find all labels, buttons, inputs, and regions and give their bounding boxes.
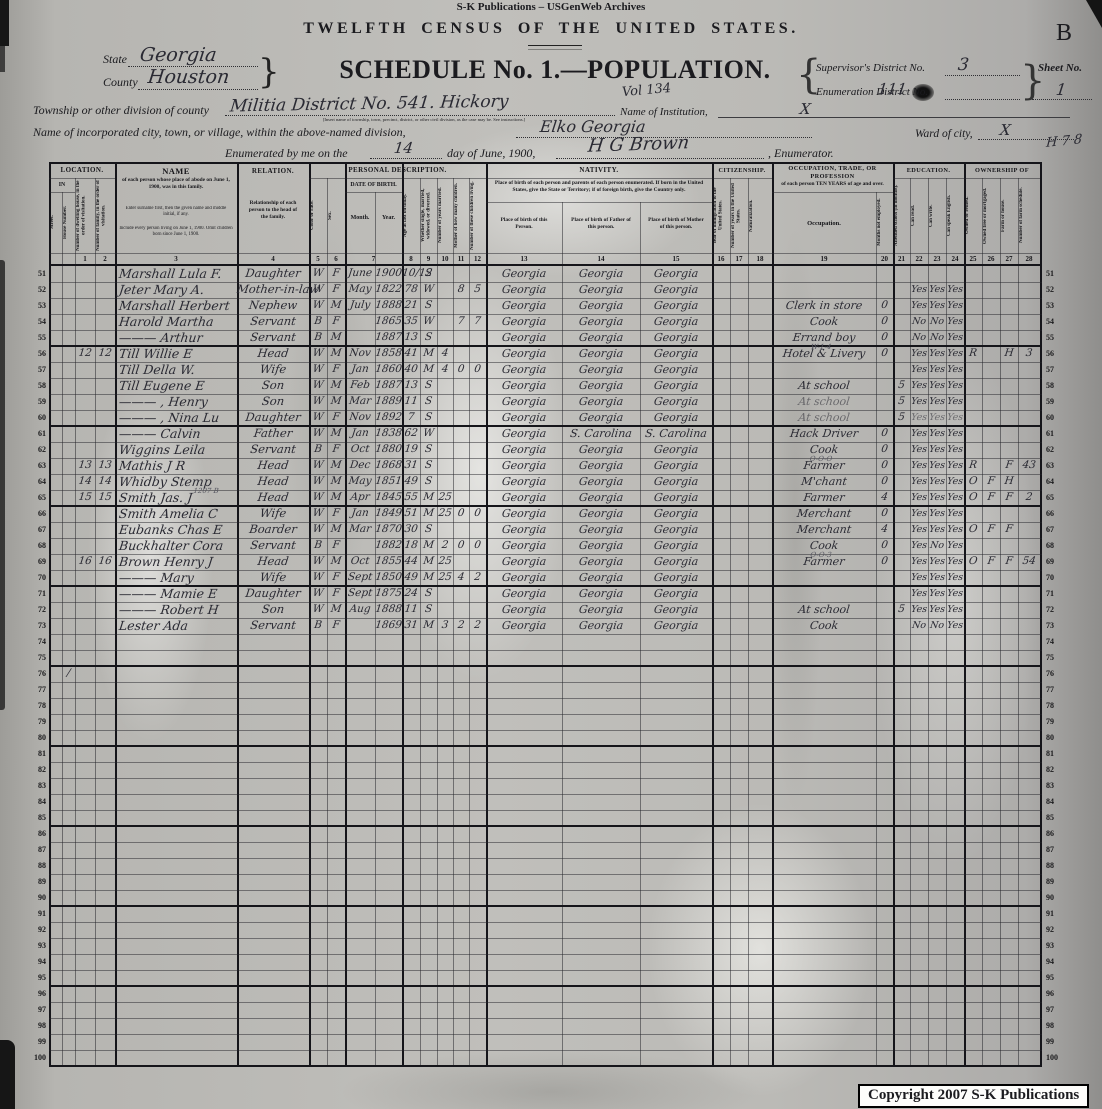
cell-month: May (344, 474, 376, 490)
row-number-left: 72 (31, 602, 46, 618)
column-number: 5 (309, 253, 327, 266)
cell-year: 1865 (374, 314, 403, 330)
cell-birth_father: Georgia (561, 410, 641, 426)
cell-can_read: Yes (909, 346, 929, 362)
header-location: LOCATION. (49, 163, 115, 178)
cell-age: 10/12 (401, 266, 421, 282)
enumerated-day-line (370, 158, 442, 159)
cell-can_speak: Yes (945, 538, 965, 554)
cell-month: Dec (344, 458, 376, 474)
cell-can_read: Yes (909, 362, 929, 378)
cell-color: W (308, 474, 328, 490)
row-number-left: 64 (31, 474, 46, 490)
cell-age: 7 (401, 410, 421, 426)
row-number-right: 65 (1046, 490, 1068, 506)
cell-farm_schedule: 43 (1017, 458, 1041, 474)
cell-marital: M (419, 506, 438, 522)
row-line (49, 682, 1042, 683)
cell-occupation: Merchant (771, 522, 877, 538)
row-number-left: 57 (31, 362, 46, 378)
row-number-right: 92 (1046, 922, 1068, 938)
cell-birth_self: Georgia (485, 282, 563, 298)
cell-age: 41 (401, 346, 421, 362)
cell-year: 1851 (374, 474, 403, 490)
cell-can_read: Yes (909, 298, 929, 314)
cell-birth_self: Georgia (485, 442, 563, 458)
township-value: Militia District No. 541. Hickory (229, 92, 509, 117)
cell-farm_house: H (999, 474, 1019, 490)
cell-occupation: Cook (771, 618, 877, 634)
cell-year: 1850 (374, 570, 403, 586)
cell-birth_self: Georgia (485, 314, 563, 330)
cell-can_read: Yes (909, 586, 929, 602)
row-number-left: 62 (31, 442, 46, 458)
column-number: 13 (486, 253, 562, 266)
cell-can_write: Yes (927, 346, 947, 362)
cell-can_speak: Yes (945, 554, 965, 570)
cell-birth_mother: Georgia (639, 458, 713, 474)
cell-farm_house: F (999, 554, 1019, 570)
row-number-right: 71 (1046, 586, 1068, 602)
cell-occupation: At school (771, 378, 877, 394)
cell-can_speak: Yes (945, 330, 965, 346)
cell-children_living: 0 (468, 506, 487, 522)
cell-can_read: Yes (909, 442, 929, 458)
cell-can_read: No (909, 618, 929, 634)
cell-birth_father: Georgia (561, 506, 641, 522)
header-can-read: Can read. (910, 178, 928, 253)
cell-birth_father: Georgia (561, 442, 641, 458)
cell-owned: O (963, 490, 983, 506)
cell-can_write: Yes (927, 506, 947, 522)
cell-sex: M (326, 554, 346, 570)
cell-can_read: Yes (909, 394, 929, 410)
cell-relation: Nephew (236, 298, 310, 314)
supervisor-value: 3 (957, 55, 970, 75)
header-occupation-title: OCCUPATION, TRADE, OR PROFESSION (772, 163, 893, 180)
row-number-left: 53 (31, 298, 46, 314)
cell-birth_father: Georgia (561, 378, 641, 394)
cell-color: B (308, 330, 328, 346)
row-number-left: 58 (31, 378, 46, 394)
cell-year: 1888 (374, 298, 403, 314)
state-value: Georgia (139, 44, 218, 66)
row-number-left: 79 (31, 714, 46, 730)
cell-month: Sept (344, 586, 376, 602)
cell-can_speak: Yes (945, 474, 965, 490)
cell-birth_self: Georgia (485, 490, 563, 506)
column-number: 26 (982, 253, 1000, 266)
cell-sex: F (326, 442, 346, 458)
column-number: 4 (237, 253, 309, 266)
cell-can_write: Yes (927, 458, 947, 474)
cell-birth_mother: Georgia (639, 346, 713, 362)
row-number-right: 82 (1046, 762, 1068, 778)
cell-marital: S (419, 394, 438, 410)
cell-relation: Head (236, 474, 310, 490)
cell-year: 1869 (374, 618, 403, 634)
cell-color: W (308, 426, 328, 442)
row-number-left: 86 (31, 826, 46, 842)
cell-birth_self: Georgia (485, 602, 563, 618)
scan-artifact (0, 1040, 15, 1109)
header-can-write: Can write. (928, 178, 946, 253)
cell-year: 1887 (374, 330, 403, 346)
row-number-right: 81 (1046, 746, 1068, 762)
cell-month: Jan (344, 426, 376, 442)
column-number: 16 (712, 253, 730, 266)
cell-birth_self: Georgia (485, 618, 563, 634)
cell-year: 1860 (374, 362, 403, 378)
row-number-left: 93 (31, 938, 46, 954)
cell-year: 1838 (374, 426, 403, 442)
cell-children_living: 7 (468, 314, 487, 330)
census-title: TWELFTH CENSUS OF THE UNITED STATES. (0, 20, 1102, 38)
row-number-left: 71 (31, 586, 46, 602)
row-number-right: 93 (1046, 938, 1068, 954)
cell-can_write: Yes (927, 282, 947, 298)
row-number-left: 61 (31, 426, 46, 442)
header-owned-or-rented: Owned or rented. (964, 178, 982, 253)
header-name-desc3: Include every person living on June 1, 1… (119, 226, 233, 242)
row-number-left: 98 (31, 1018, 46, 1034)
cell-age: 11 (401, 394, 421, 410)
row-number-left: 85 (31, 810, 46, 826)
header-personal-description: PERSONAL DESCRIPTION. (309, 163, 486, 178)
cell-birth_mother: Georgia (639, 570, 713, 586)
cell-can_read: Yes (909, 570, 929, 586)
cell-months_unemployed: 4 (875, 490, 894, 506)
cell-birth_father: Georgia (561, 282, 641, 298)
cell-birth_father: Georgia (561, 314, 641, 330)
cell-year: 1855 (374, 554, 403, 570)
cell-month: Feb (344, 378, 376, 394)
header-nativity-note: Place of birth of each person and parent… (490, 180, 708, 200)
header-can-speak-english: Can speak English. (946, 178, 964, 253)
cell-birth_self: Georgia (485, 378, 563, 394)
row-number-left: 97 (31, 1002, 46, 1018)
city-label: Name of incorporated city, town, or vill… (33, 125, 406, 140)
cell-marital: W (419, 426, 438, 442)
cell-can_write: Yes (927, 410, 947, 426)
column-number: 24 (946, 253, 964, 266)
row-line (49, 1002, 1042, 1003)
row-number-left: 65 (31, 490, 46, 506)
cell-birth_father: Georgia (561, 490, 641, 506)
header-children-living: Number of these children living. (469, 178, 486, 253)
row-number-right: 90 (1046, 890, 1068, 906)
header-nativity: NATIVITY. (486, 163, 712, 178)
row-number-right: 89 (1046, 874, 1068, 890)
cell-dwelling: 14 (74, 474, 96, 490)
header-house-number: House Number. (62, 192, 75, 253)
cell-year: 1845 (374, 490, 403, 506)
cell-relation: Son (236, 394, 310, 410)
cell-birth_mother: Georgia (639, 314, 713, 330)
cell-can_write: Yes (927, 522, 947, 538)
cell-can_speak: Yes (945, 346, 965, 362)
cell-age: 13 (401, 378, 421, 394)
enumerated-label: Enumerated by me on the (225, 146, 348, 161)
cell-yrs_married: 4 (436, 346, 454, 362)
cell-can_speak: Yes (945, 506, 965, 522)
cell-color: W (308, 298, 328, 314)
header-birthplace-mother: Place of birth of Mother of this person. (646, 217, 706, 241)
row-line (49, 842, 1042, 843)
row-line (49, 858, 1042, 859)
cell-relation: Servant (236, 618, 310, 634)
cell-age: 55 (401, 490, 421, 506)
column-line (62, 192, 63, 1066)
header-years-in-us: Number of years in the United States. (730, 178, 748, 253)
sheet-line (1032, 99, 1092, 100)
cell-birth_mother: Georgia (639, 522, 713, 538)
row-number-left: 83 (31, 778, 46, 794)
cell-relation: Head (236, 554, 310, 570)
cell-sex: M (326, 522, 346, 538)
cell-sex: F (326, 314, 346, 330)
cell-family: 16 (94, 554, 116, 570)
cell-occupation: Farmer (771, 490, 877, 506)
column-number: 27 (1000, 253, 1018, 266)
row-number-left: 59 (31, 394, 46, 410)
cell-relation: Wife (236, 362, 310, 378)
cell-can_speak: Yes (945, 522, 965, 538)
column-number: 18 (748, 253, 772, 266)
row-number-right: 98 (1046, 1018, 1068, 1034)
row-number-left: 69 (31, 554, 46, 570)
cell-birth_self: Georgia (485, 586, 563, 602)
cell-occupation-note: W-1-4 (786, 343, 857, 351)
row-number-left: 76 (31, 666, 46, 682)
column-number: 25 (964, 253, 982, 266)
volume-note: Vol 134 (621, 81, 671, 100)
cell-farm_house: F (999, 490, 1019, 506)
cell-relation: Daughter (236, 410, 310, 426)
enumerated-day: 14 (393, 139, 414, 157)
cell-months_unemployed: 0 (875, 346, 894, 362)
cell-birth_mother: Georgia (639, 586, 713, 602)
cell-birth_father: Georgia (561, 618, 641, 634)
row-number-left: 81 (31, 746, 46, 762)
cell-birth_father: Georgia (561, 538, 641, 554)
row-number-left: 60 (31, 410, 46, 426)
cell-year: 1889 (374, 394, 403, 410)
row-number-left: 73 (31, 618, 46, 634)
cell-birth_self: Georgia (485, 346, 563, 362)
cell-birth_self: Georgia (485, 522, 563, 538)
row-number-right: 62 (1046, 442, 1068, 458)
row-number-right: 77 (1046, 682, 1068, 698)
cell-birth_father: Georgia (561, 266, 641, 282)
cell-can_speak: Yes (945, 314, 965, 330)
header-occupation: Occupation. (772, 217, 876, 230)
cell-owned: O (963, 554, 983, 570)
cell-color: W (308, 602, 328, 618)
cell-year: 1849 (374, 506, 403, 522)
row-number-right: 61 (1046, 426, 1068, 442)
cell-birth_mother: Georgia (639, 538, 713, 554)
row-number-right: 52 (1046, 282, 1068, 298)
row-number-left: 84 (31, 794, 46, 810)
cell-marital: W (419, 314, 438, 330)
cell-can_write: Yes (927, 602, 947, 618)
column-line (748, 178, 749, 1066)
enumeration-value: 111 (877, 80, 908, 98)
row-number-right: 88 (1046, 858, 1068, 874)
row-number-left: 100 (31, 1050, 46, 1066)
header-attended-school: Attended school (in months). (893, 178, 910, 253)
cell-occupation: M'chant (771, 474, 877, 490)
cell-color: W (308, 586, 328, 602)
cell-birth_self: Georgia (485, 410, 563, 426)
row-number-left: 63 (31, 458, 46, 474)
row-number-left: 70 (31, 570, 46, 586)
cell-can_read: Yes (909, 490, 929, 506)
row-number-left: 94 (31, 954, 46, 970)
cell-can_write: No (927, 330, 947, 346)
cell-month: July (344, 298, 376, 314)
cell-birth_self: Georgia (485, 506, 563, 522)
institution-value: X (799, 100, 812, 118)
cell-can_write: Yes (927, 586, 947, 602)
cell-age: 44 (401, 554, 421, 570)
cell-year: 1900 (374, 266, 403, 282)
cell-marital: S (419, 410, 438, 426)
cell-color: W (308, 282, 328, 298)
row-number-right: 97 (1046, 1002, 1068, 1018)
cell-birth_self: Georgia (485, 474, 563, 490)
cell-can_write: Yes (927, 362, 947, 378)
cell-can_write: Yes (927, 490, 947, 506)
cell-children_living: 0 (468, 538, 487, 554)
cell-months_unemployed: 0 (875, 554, 894, 570)
column-line (95, 178, 96, 1066)
cell-relation: Servant (236, 314, 310, 330)
cell-can_read: Yes (909, 522, 929, 538)
cell-relation: Servant (236, 442, 310, 458)
row-line (49, 634, 1042, 635)
row-number-right: 84 (1046, 794, 1068, 810)
cell-can_write: Yes (927, 554, 947, 570)
cell-sex: M (326, 474, 346, 490)
column-line (1018, 178, 1019, 1066)
cell-birth_mother: Georgia (639, 474, 713, 490)
cell-dwelling: 16 (74, 554, 96, 570)
row-number-right: 99 (1046, 1034, 1068, 1050)
row-line (49, 985, 1042, 987)
cell-age: 24 (401, 586, 421, 602)
state-county-brace: } (258, 52, 280, 92)
row-number-right: 79 (1046, 714, 1068, 730)
cell-can_read: No (909, 314, 929, 330)
cell-color: B (308, 538, 328, 554)
row-number-left: 66 (31, 506, 46, 522)
cell-marital: M (419, 490, 438, 506)
census-scan-page: S-K Publications – USGenWeb Archives TWE… (0, 0, 1102, 1109)
cell-family: 12 (94, 346, 116, 362)
cell-sex: F (326, 618, 346, 634)
enumerator-label: , Enumerator. (768, 146, 834, 161)
cell-months_unemployed: 0 (875, 298, 894, 314)
cell-birth_self: Georgia (485, 330, 563, 346)
band-line (345, 192, 402, 193)
cell-marital: W (419, 282, 438, 298)
row-number-right: 69 (1046, 554, 1068, 570)
cell-can_read: Yes (909, 474, 929, 490)
cell-birth_mother: Georgia (639, 378, 713, 394)
row-number-left: 68 (31, 538, 46, 554)
cell-owned: O (963, 522, 983, 538)
column-number: 10 (437, 253, 453, 266)
cell-months_unemployed: 0 (875, 314, 894, 330)
cell-occupation-note: O-O-O (786, 455, 857, 463)
cell-month: May (344, 282, 376, 298)
cell-age: 49 (401, 570, 421, 586)
header-years-married: Number of years married. (437, 178, 453, 253)
cell-school_months: 5 (892, 410, 911, 426)
header-name-desc2: Enter surname first, then the given name… (119, 206, 233, 222)
cell-marital: M (419, 554, 438, 570)
cell-birth_mother: Georgia (639, 554, 713, 570)
column-number: 12 (469, 253, 486, 266)
copyright-box: Copyright 2007 S-K Publications (858, 1084, 1089, 1108)
row-number-right: 95 (1046, 970, 1068, 986)
cell-year: 1875 (374, 586, 403, 602)
cell-birth_self: Georgia (485, 362, 563, 378)
cell-can_write: Yes (927, 298, 947, 314)
cell-marital: S (419, 602, 438, 618)
row-number-right: 86 (1046, 826, 1068, 842)
cell-can_read: Yes (909, 426, 929, 442)
header-education: EDUCATION. (893, 163, 964, 178)
cell-age: 19 (401, 442, 421, 458)
ward-label: Ward of city, (915, 128, 973, 140)
cell-farm_schedule: 54 (1017, 554, 1041, 570)
cell-family: 15 (94, 490, 116, 506)
cell-marital: S (419, 442, 438, 458)
row-line (49, 874, 1042, 875)
cell-can_write: Yes (927, 426, 947, 442)
city-value: Elko Georgia (539, 117, 647, 136)
row-number-left: 95 (31, 970, 46, 986)
cell-children_living: 2 (468, 570, 487, 586)
sheet-value: 1 (1055, 80, 1068, 99)
cell-birth_mother: Georgia (639, 298, 713, 314)
column-line (1000, 178, 1001, 1066)
cell-color: W (308, 362, 328, 378)
header-name-title: NAME (115, 164, 237, 176)
column-number: 3 (115, 253, 237, 266)
cell-sex: M (326, 458, 346, 474)
enumeration-line (945, 99, 1020, 100)
cell-children_living: 0 (468, 362, 487, 378)
cell-can_speak: Yes (945, 394, 965, 410)
cell-marital: M (419, 362, 438, 378)
header-sex: Sex. (327, 178, 345, 253)
cell-can_speak: Yes (945, 570, 965, 586)
cell-color: W (308, 522, 328, 538)
cell-marital: M (419, 618, 438, 634)
cell-dwelling: 15 (74, 490, 96, 506)
cell-name-note: 1207 B (181, 487, 232, 495)
cell-marital: M (419, 538, 438, 554)
cell-birth_self: Georgia (485, 394, 563, 410)
row-number-left: 78 (31, 698, 46, 714)
row-line (49, 1065, 1042, 1067)
cell-can_speak: Yes (945, 426, 965, 442)
row-line (49, 922, 1042, 923)
